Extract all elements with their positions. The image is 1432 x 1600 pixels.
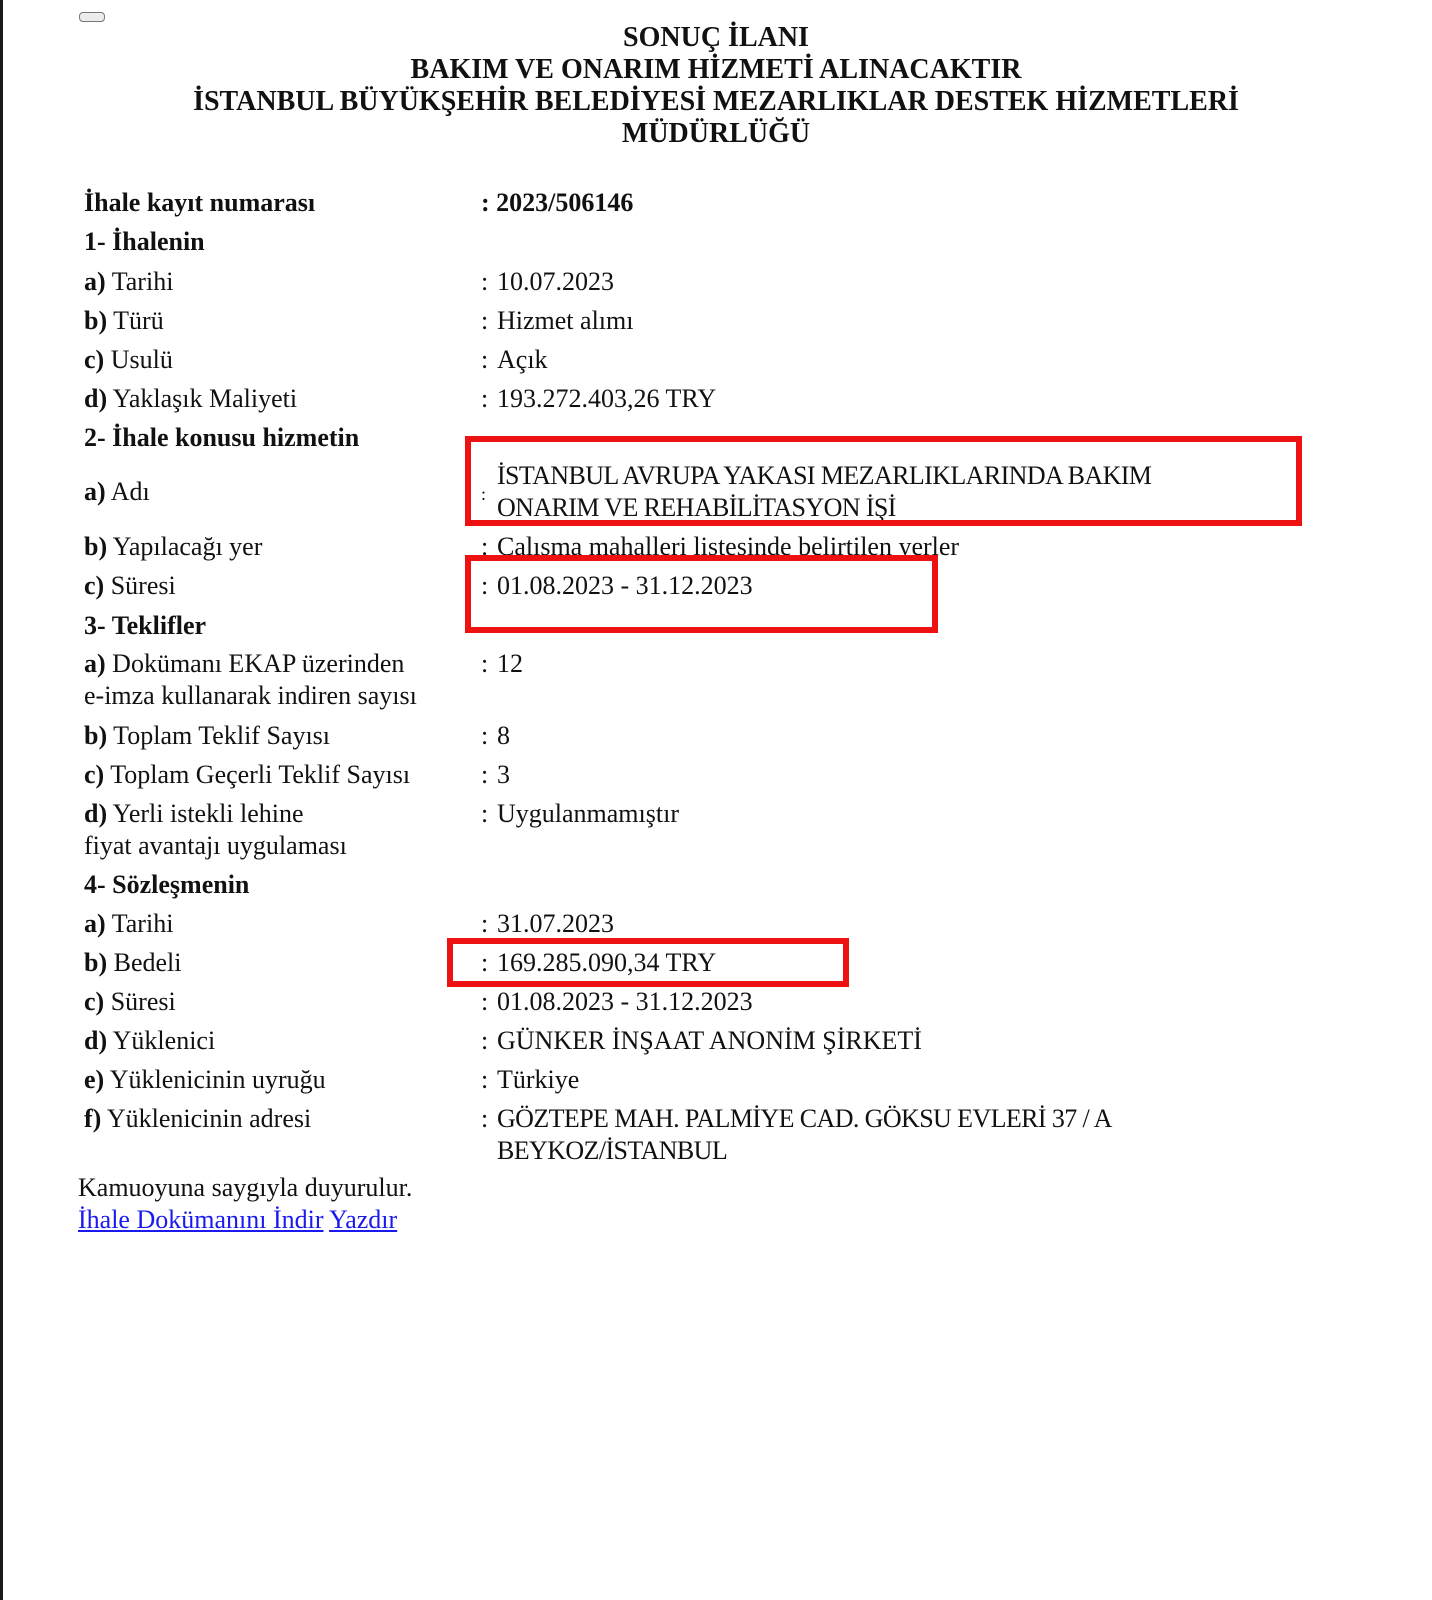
title-line-3: İSTANBUL BÜYÜKŞEHİR BELEDİYESİ MEZARLIKL…: [0, 86, 1432, 118]
registration-value: : 2023/506146: [481, 187, 633, 219]
print-link[interactable]: Yazdır: [329, 1205, 397, 1234]
tender-date-label: a) Tarihi: [84, 266, 173, 298]
closing-statement: Kamuoyuna saygıyla duyurulur.: [78, 1172, 412, 1204]
total-bids-label: b) Toplam Teklif Sayısı: [84, 720, 330, 752]
title-line-4: MÜDÜRLÜĞÜ: [0, 118, 1432, 150]
ekap-download-count-label: a) Dokümanı EKAP üzerinden: [84, 648, 404, 680]
contractor-address-line-1: :GÖZTEPE MAH. PALMİYE CAD. GÖKSU EVLERİ …: [481, 1103, 1112, 1135]
footer-links: İhale Dokümanını İndir Yazdır: [78, 1204, 397, 1236]
notice-title: SONUÇ İLANI BAKIM VE ONARIM HİZMETİ ALIN…: [0, 22, 1432, 150]
tender-date-value: :10.07.2023: [481, 266, 614, 298]
estimated-cost-label: d) Yaklaşık Maliyeti: [84, 383, 297, 415]
contractor-address-line-2: BEYKOZ/İSTANBUL: [497, 1135, 727, 1167]
domestic-advantage-value: :Uygulanmamıştır: [481, 798, 679, 830]
contractor-nationality-label: e) Yüklenicinin uyruğu: [84, 1064, 326, 1096]
annotation-box-service-name: [465, 436, 1302, 526]
section-3-heading: 3- Teklifler: [84, 610, 206, 642]
valid-bids-value: :3: [481, 759, 510, 791]
service-name-label: a) Adı: [84, 476, 150, 508]
contractor-nationality-value: :Türkiye: [481, 1064, 579, 1096]
annotation-box-service-duration: [465, 555, 938, 633]
contract-duration-label: c) Süresi: [84, 986, 176, 1018]
total-bids-value: :8: [481, 720, 510, 752]
service-duration-label: c) Süresi: [84, 570, 176, 602]
section-4-heading: 4- Sözleşmenin: [84, 869, 249, 901]
download-document-link[interactable]: İhale Dokümanını İndir: [78, 1205, 324, 1234]
contractor-value: :GÜNKER İNŞAAT ANONİM ŞİRKETİ: [481, 1025, 922, 1057]
domestic-advantage-label-line-2: fiyat avantajı uygulaması: [84, 830, 347, 862]
contractor-label: d) Yüklenici: [84, 1025, 215, 1057]
tender-type-label: b) Türü: [84, 305, 164, 337]
registration-label: İhale kayıt numarası: [84, 187, 315, 219]
section-2-heading: 2- İhale konusu hizmetin: [84, 422, 359, 454]
valid-bids-label: c) Toplam Geçerli Teklif Sayısı: [84, 759, 410, 791]
tender-procedure-value: :Açık: [481, 344, 548, 376]
tender-procedure-label: c) Usulü: [84, 344, 173, 376]
annotation-box-contract-price: [447, 938, 849, 987]
domestic-advantage-label: d) Yerli istekli lehine: [84, 798, 304, 830]
ekap-download-count-value: :12: [481, 648, 523, 680]
tender-type-value: :Hizmet alımı: [481, 305, 633, 337]
contract-price-label: b) Bedeli: [84, 947, 182, 979]
contract-date-value: :31.07.2023: [481, 908, 614, 940]
window-left-border: [0, 0, 3, 1600]
contract-date-label: a) Tarihi: [84, 908, 173, 940]
ekap-download-count-label-line-2: e-imza kullanarak indiren sayısı: [84, 680, 417, 712]
title-line-1: SONUÇ İLANI: [0, 22, 1432, 54]
section-1-heading: 1- İhalenin: [84, 226, 205, 258]
contractor-address-label: f) Yüklenicinin adresi: [84, 1103, 311, 1135]
estimated-cost-value: :193.272.403,26 TRY: [481, 383, 716, 415]
title-line-2: BAKIM VE ONARIM HİZMETİ ALINACAKTIR: [0, 54, 1432, 86]
service-location-label: b) Yapılacağı yer: [84, 531, 262, 563]
contract-duration-value: :01.08.2023 - 31.12.2023: [481, 986, 753, 1018]
collapse-toggle-icon[interactable]: [79, 12, 105, 22]
